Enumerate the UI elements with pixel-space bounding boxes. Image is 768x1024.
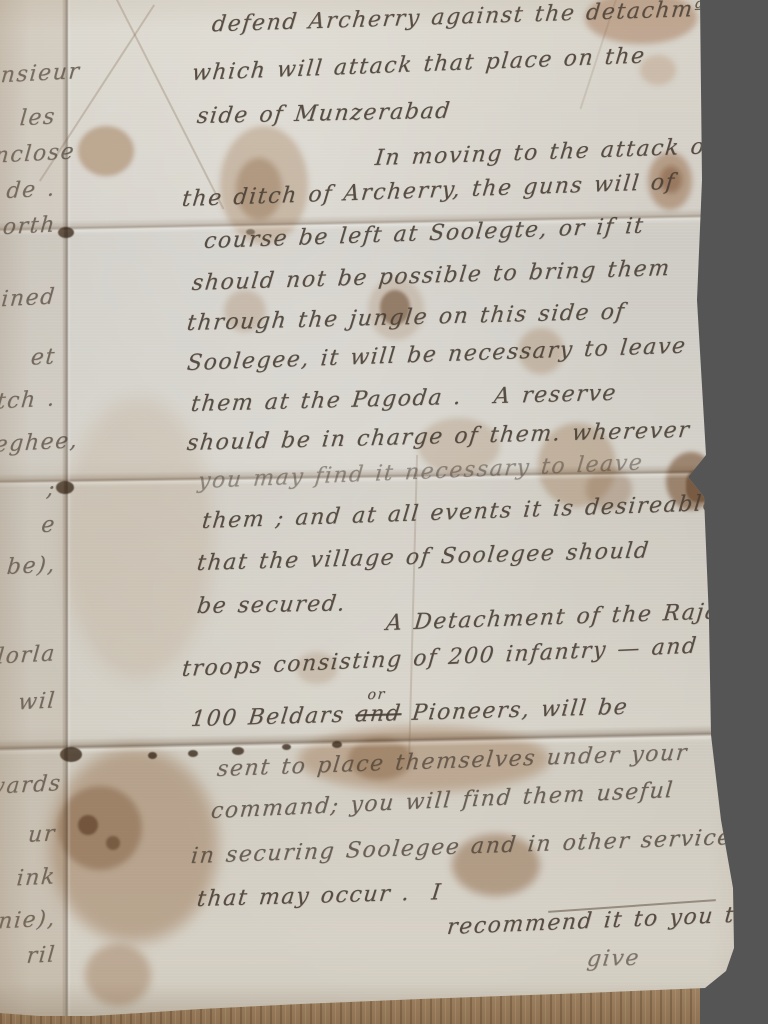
paper-edge-shading — [0, 0, 768, 1024]
letter-paper: defend Archerry against the detachmd whi… — [0, 0, 768, 1024]
photo-of-handwritten-letter: defend Archerry against the detachmd whi… — [0, 0, 768, 1024]
